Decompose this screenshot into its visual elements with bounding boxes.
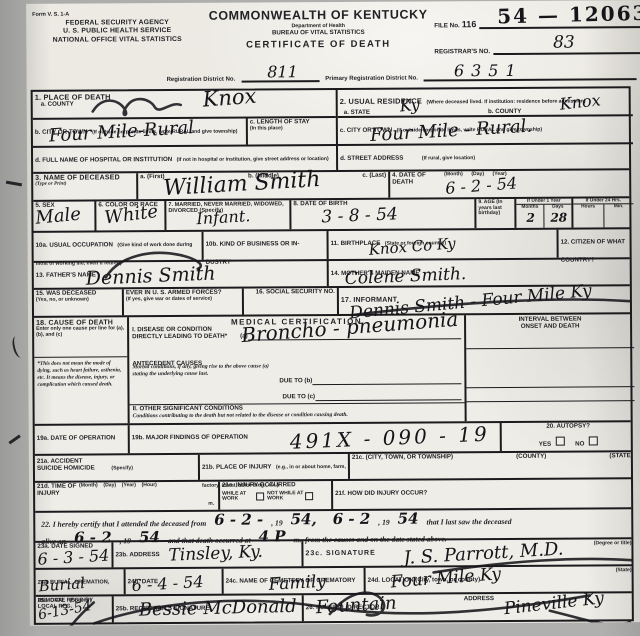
age-label: 9. AGE (In years last birthday) — [478, 200, 512, 217]
father-handwritten: Dennis Smith — [85, 264, 215, 288]
pod-county-handwritten: Knox — [202, 86, 257, 111]
certify-to-handwritten: 6 - 2 — [333, 510, 371, 528]
field-disposition-type: 24a. BURIAL, CREMATION, REMOVAL (Specify… — [36, 569, 126, 595]
injury-occurred-label: 21e. INJURY OCCURRED — [222, 482, 329, 489]
res-state-handwritten: Ky — [399, 97, 420, 115]
form-code: Form V. S. 1-A — [32, 11, 202, 18]
age-min-col: Min. — [604, 204, 634, 227]
location-state-note: (State) — [616, 568, 632, 574]
veteran-note: (Yes, no, or unknown) — [36, 297, 120, 303]
antecedent-note: Morbid conditions, if any, giving rise t… — [132, 363, 274, 378]
not-while-at-work-checkbox — [305, 493, 313, 501]
registrar-no-handwritten: 83 — [553, 35, 575, 52]
row-registration: 25a. DATE REC'D BY LOCAL REG. 6-13-54 25… — [36, 593, 632, 623]
bureau-subtitle: BUREAU OF VITAL STATISTICS — [204, 28, 432, 36]
field-cemetery: 24c. NAME OF CEMETERY OR CREMATORY Famil… — [224, 568, 366, 594]
marital-handwritten: Infant. — [196, 208, 251, 227]
primary-district-label: Primary Registration District No. — [325, 76, 418, 83]
margin-ink-mark — [10, 335, 24, 359]
row-place-residence: 1. PLACE OF DEATH a. COUNTY Knox b. CITY… — [33, 88, 629, 174]
field-injury-place: 21b. PLACE OF INJURY (e.g., in or about … — [200, 454, 350, 480]
field-death-date: 4. DATE OF DEATH (Month) (Day) (Year) 6 … — [390, 170, 633, 197]
row-certify-statement: 22. I hereby certify that I attended the… — [35, 509, 631, 543]
interval-label: INTERVAL BETWEEN ONSET AND DEATH — [510, 316, 590, 330]
forces-note: (If yes, give war or dates of service) — [126, 296, 240, 302]
last-name-label: c. (Last) — [362, 173, 386, 180]
row-occupation: 10a. USUAL OCCUPATION (Give kind of work… — [34, 229, 630, 263]
name-note: (Type or Print) — [35, 181, 134, 187]
row-injury-time: 21d. TIME OF INJURY (Month) (Day) (Year)… — [35, 479, 631, 513]
race-handwritten: White — [103, 203, 159, 228]
res-street-label: d. STREET ADDRESS — [340, 155, 403, 162]
field-occupation: 10a. USUAL OCCUPATION (Give kind of work… — [34, 232, 204, 261]
birth-date-handwritten: 3 - 8 - 54 — [321, 206, 398, 226]
field-operation-date: 19a. DATE OF OPERATION — [35, 425, 130, 454]
section-usual-residence: 2. USUAL RESIDENCE (Where deceased lived… — [338, 88, 633, 170]
birthplace-handwritten: Knox Co Ky — [368, 236, 456, 258]
interval-rule-b — [466, 348, 634, 388]
hours-label: Hours — [581, 204, 595, 209]
margin-ink-mark — [8, 434, 20, 444]
section-place-of-death: 1. PLACE OF DEATH a. COUNTY Knox b. CITY… — [33, 90, 338, 172]
field-certify-statement: 22. I hereby certify that I attended the… — [35, 509, 631, 541]
registrar-no-label: REGISTRAR'S NO. — [434, 48, 490, 55]
field-physician-signature: 23c. SIGNATURE (Degree or title) J. S. P… — [303, 539, 635, 566]
first-name-label: a. (First) — [140, 174, 164, 181]
field-armed-forces: EVER IN U. S. ARMED FORCES? (If yes, giv… — [124, 289, 244, 316]
certify-p3: , 19 — [378, 518, 389, 527]
field-how-injury: 21f. HOW DID INJURY OCCUR? — [333, 479, 635, 509]
physician-address-label: 23b. ADDRESS — [115, 551, 159, 558]
due-to-c-line — [315, 390, 462, 401]
autopsy-no-label: NO — [575, 440, 584, 447]
district-label: Registration District No. — [167, 77, 236, 83]
other-conditions-note: Conditions contributing to the death but… — [133, 411, 462, 419]
field-industry: 10b. KIND OF BUSINESS OR IN-DUSTRY — [204, 231, 329, 260]
months-handwritten: 2 — [526, 212, 534, 224]
file-no-line: 54 — 12063 — [479, 8, 640, 29]
age-months-col: Months 2 — [516, 205, 544, 228]
injury-time-label: 21d. TIME OF INJURY — [37, 484, 79, 498]
field-birthplace: 11. BIRTHPLACE (State or foreign country… — [328, 230, 558, 259]
field-father: 13. FATHER'S NAME Dennis Smith — [34, 261, 329, 288]
row-operation: 19a. DATE OF OPERATION 19b. MAJOR FINDIN… — [35, 422, 631, 456]
death-date-handwritten: 6 - 2 - 54 — [445, 175, 518, 196]
injury-city-label: 21c. (CITY, TOWN, OR TOWNSHIP) — [352, 454, 453, 461]
autopsy-yes-checkbox — [556, 437, 565, 446]
field-name-label: 3. NAME OF DECEASED (Type or Print) — [33, 173, 138, 200]
section-cause-label: 18. CAUSE OF DEATH Enter only one cause … — [34, 317, 130, 424]
pod-city-handwritten: Four Mile-Rural — [48, 119, 194, 145]
registration-district-line: Registration District No. 811 Primary Re… — [166, 64, 636, 83]
injury-state-label: (STATE) — [609, 453, 633, 460]
field-injury-occurred: 21e. INJURY OCCURRED WHILE AT WORK NOT W… — [220, 481, 333, 510]
not-while-at-work-label: NOT WHILE AT WORK — [267, 491, 305, 502]
operation-date-label: 19a. DATE OF OPERATION — [37, 434, 116, 441]
cause-footnote: *This does not mean the mode of dying, s… — [34, 357, 127, 392]
res-state-label: a. STATE — [344, 110, 370, 117]
file-number-block: FILE No. 116 54 — 12063 REGISTRAR'S NO. … — [434, 8, 640, 55]
field-race: 6. COLOR OR RACE White — [96, 201, 166, 230]
degree-note: (Degree or title) — [594, 541, 632, 547]
field-pod-institution: d. FULL NAME OF HOSPITAL OR INSTITUTION … — [33, 146, 336, 170]
file-no-label: FILE No. — [434, 22, 460, 29]
primary-district-handwritten: 6351 — [454, 63, 523, 79]
row-cause-of-death: 18. CAUSE OF DEATH Enter only one cause … — [34, 314, 631, 426]
title-block: COMMONWEALTH OF KENTUCKY Department of H… — [204, 7, 432, 50]
registrar-signature-handwritten: Bessie McDonald — [139, 598, 297, 620]
certify-p4: that I last saw the deceased — [427, 517, 512, 527]
res-county-label: b. COUNTY — [488, 109, 521, 116]
physician-signature-handwritten: J. S. Parrott, M.D. — [403, 540, 564, 567]
field-res-state-county: 2. USUAL RESIDENCE (Where deceased lived… — [338, 88, 633, 118]
res-county-handwritten: Knox — [559, 92, 601, 112]
age-hours-col: Hours — [573, 204, 604, 227]
scanned-death-certificate: Form V. S. 1-A FEDERAL SECURITY AGENCY U… — [0, 0, 640, 636]
field-citizen: 12. CITIZEN OF WHAT COUNTRY? — [558, 229, 633, 257]
pod-stay-note: (In this place) — [250, 126, 334, 132]
injury-place-label: 21b. PLACE OF INJURY — [202, 463, 272, 470]
field-accident: 21a. ACCIDENT SUICIDE HOMICIDE (Specify) — [35, 455, 200, 481]
funeral-director-address-label: ADDRESS — [464, 596, 494, 603]
certify-p2: , 19 — [271, 518, 282, 527]
row-disposition: 24a. BURIAL, CREMATION, REMOVAL (Specify… — [36, 566, 632, 597]
autopsy-no-checkbox — [589, 436, 598, 445]
certificate-paper: Form V. S. 1-A FEDERAL SECURITY AGENCY U… — [26, 0, 640, 626]
field-date-received: 25a. DATE REC'D BY LOCAL REG. 6-13-54 — [36, 596, 114, 622]
field-age-under-year: If Under 1 Year Months 2 Days 28 — [516, 199, 573, 228]
days-handwritten: 28 — [550, 212, 567, 224]
file-no-handwritten: 54 — 12063 — [497, 3, 640, 27]
district-handwritten: 811 — [267, 64, 298, 80]
field-res-street: d. STREET ADDRESS (If rural, give locati… — [338, 144, 633, 168]
field-date-signed: 23a. DATE SIGNED 6 - 3 - 54 — [35, 542, 113, 567]
certify-year2-handwritten: 54 — [398, 510, 419, 528]
accident-note: (Specify) — [111, 465, 133, 471]
injury-meridiem-label: m. — [208, 502, 214, 508]
field-injury-time: 21d. TIME OF INJURY (Month) (Day) (Year)… — [35, 482, 220, 511]
pod-institution-note: (If not in hospital or institution, give… — [177, 156, 329, 163]
certificate-title: CERTIFICATE OF DEATH — [204, 38, 432, 50]
issuing-agency-block: Form V. S. 1-A FEDERAL SECURITY AGENCY U… — [32, 11, 202, 45]
while-at-work-label: WHILE AT WORK — [222, 491, 256, 502]
days-label: Days — [552, 205, 563, 210]
field-age-under-day: If Under 24 Hrs. Hours Min. — [573, 198, 633, 227]
agency-line-3: NATIONAL OFFICE VITAL STATISTICS — [32, 36, 202, 46]
how-injury-label: 21f. HOW DID INJURY OCCUR? — [335, 489, 427, 497]
row-vital-stats: 5. SEX Male 6. COLOR OR RACE White 7. MA… — [33, 198, 629, 233]
while-at-work-checkbox — [256, 493, 264, 501]
file-no-print: 116 — [462, 19, 477, 29]
row-name-deathdate: 3. NAME OF DECEASED (Type or Print) a. (… — [33, 170, 629, 202]
location-handwritten: Four Mile Ky — [390, 566, 502, 591]
field-operation-findings: 19b. MAJOR FINDINGS OF OPERATION 491X - … — [130, 423, 502, 453]
field-birth-date: 8. DATE OF BIRTH 3 - 8 - 54 — [291, 199, 476, 229]
funeral-director-handwritten: Fountain — [315, 595, 397, 618]
certificate-form: 1. PLACE OF DEATH a. COUNTY Knox b. CITY… — [31, 86, 634, 625]
field-marital: 7. MARRIED, NEVER MARRIED, WIDOWED, DIVO… — [166, 200, 291, 230]
certify-from-handwritten: 6 - 2 - — [214, 510, 263, 528]
certify-year1-handwritten: 54, — [291, 510, 317, 528]
interval-rule-c — [466, 387, 634, 402]
section-interval: INTERVAL BETWEEN ONSET AND DEATH — [466, 314, 635, 421]
signature-label: 23c. SIGNATURE — [305, 550, 375, 557]
death-date-label: 4. DATE OF DEATH — [392, 172, 444, 186]
cemetery-handwritten: Family — [268, 574, 326, 594]
injury-county-label: (COUNTY) — [516, 454, 546, 461]
field-injury-city: 21c. (CITY, TOWN, OR TOWNSHIP) (COUNTY) … — [350, 452, 635, 479]
ssn-label: 16. SOCIAL SECURITY NO. — [246, 289, 335, 296]
disposition-type-handwritten: Burial — [38, 576, 85, 594]
pod-institution-label: d. FULL NAME OF HOSPITAL OR INSTITUTION — [35, 156, 172, 164]
months-label: Months — [521, 205, 538, 210]
findings-handwritten: 491X - 090 - 19 — [289, 424, 490, 452]
section-medical-certification: MEDICAL CERTIFICATION I. DISEASE OR COND… — [129, 315, 467, 423]
findings-label: 19b. MAJOR FINDINGS OF OPERATION — [132, 434, 248, 442]
mother-handwritten: Colene Smith. — [344, 266, 466, 288]
autopsy-yes-label: YES — [539, 441, 551, 448]
primary-district-line: 6351 — [424, 64, 637, 81]
disease-label: I. DISEASE OR CONDITION DIRECTLY LEADING… — [132, 327, 240, 341]
registrar-no-line: 83 — [493, 34, 640, 55]
field-sex: 5. SEX Male — [33, 201, 96, 230]
row-service-informant: 15. WAS DECEASED (Yes, no, or unknown) E… — [34, 286, 630, 318]
cause-note: Enter only one cause per line for (a), (… — [36, 326, 125, 338]
field-autopsy: 20. AUTOPSY? YES NO — [502, 422, 635, 451]
field-pod-county: 1. PLACE OF DEATH a. COUNTY Knox — [33, 90, 336, 120]
due-to-c-label: DUE TO (c) — [282, 394, 315, 401]
min-label: Min. — [614, 204, 624, 209]
due-to-b-line — [312, 374, 461, 385]
disposition-date-handwritten: 6 - 4 - 54 — [131, 574, 204, 594]
physician-address-handwritten: Tinsley, Ky. — [168, 544, 263, 565]
field-pod-city: b. CITY OR TOWN (If outside corporate li… — [33, 118, 336, 148]
injury-time-cols: (Month) (Day) (Year) (Hour) — [79, 483, 157, 497]
field-ssn: 16. SOCIAL SECURITY NO. — [244, 288, 339, 315]
field-registrar-signature: 25b. REGISTRAR'S SIGNATURE Bessie McDona… — [114, 595, 304, 622]
occupation-label: 10a. USUAL OCCUPATION — [36, 241, 113, 248]
res-street-note: (If rural, give location) — [422, 155, 475, 161]
age-days-col: Days 28 — [544, 205, 571, 228]
autopsy-label: 20. AUTOPSY? — [504, 423, 633, 431]
due-to-b-label: DUE TO (b) — [279, 378, 312, 385]
field-informant: 17. INFORMANT Dennis Smith - Four Mile K… — [339, 286, 634, 314]
field-disposition-date: 24b. DATE 6 - 4 - 54 — [126, 569, 224, 595]
margin-ink-mark — [6, 181, 22, 186]
district-line: 811 — [241, 66, 319, 82]
accident-label: 21a. ACCIDENT SUICIDE HOMICIDE — [37, 459, 107, 473]
row-accident: 21a. ACCIDENT SUICIDE HOMICIDE (Specify)… — [35, 452, 631, 483]
field-funeral-director: 26. FUNERAL DIRECTOR ADDRESS Fountain Pi… — [304, 593, 636, 621]
field-physician-address: 23b. ADDRESS Tinsley, Ky. — [113, 541, 303, 567]
certify-p1: 22. I hereby certify that I attended the… — [41, 519, 206, 529]
field-was-deceased: 15. WAS DECEASED (Yes, no, or unknown) — [34, 289, 124, 316]
sex-handwritten: Male — [35, 206, 82, 228]
field-name-value: a. (First) b. (Middle) c. (Last) William… — [138, 172, 390, 200]
certificate-header: Form V. S. 1-A FEDERAL SECURITY AGENCY U… — [26, 0, 640, 90]
field-res-city: c. CITY OR TOWN (If outside corporate li… — [338, 116, 633, 146]
res-city-handwritten: Four Mile - Rural. — [370, 118, 533, 145]
field-age: 9. AGE (In years last birthday) — [476, 199, 516, 228]
funeral-director-address-handwritten: Pineville Ky — [503, 590, 605, 618]
date-signed-handwritten: 6 - 3 - 54 — [37, 548, 110, 568]
state-title: COMMONWEALTH OF KENTUCKY — [204, 7, 432, 22]
row-signature: 23a. DATE SIGNED 6 - 3 - 54 23b. ADDRESS… — [35, 539, 631, 570]
